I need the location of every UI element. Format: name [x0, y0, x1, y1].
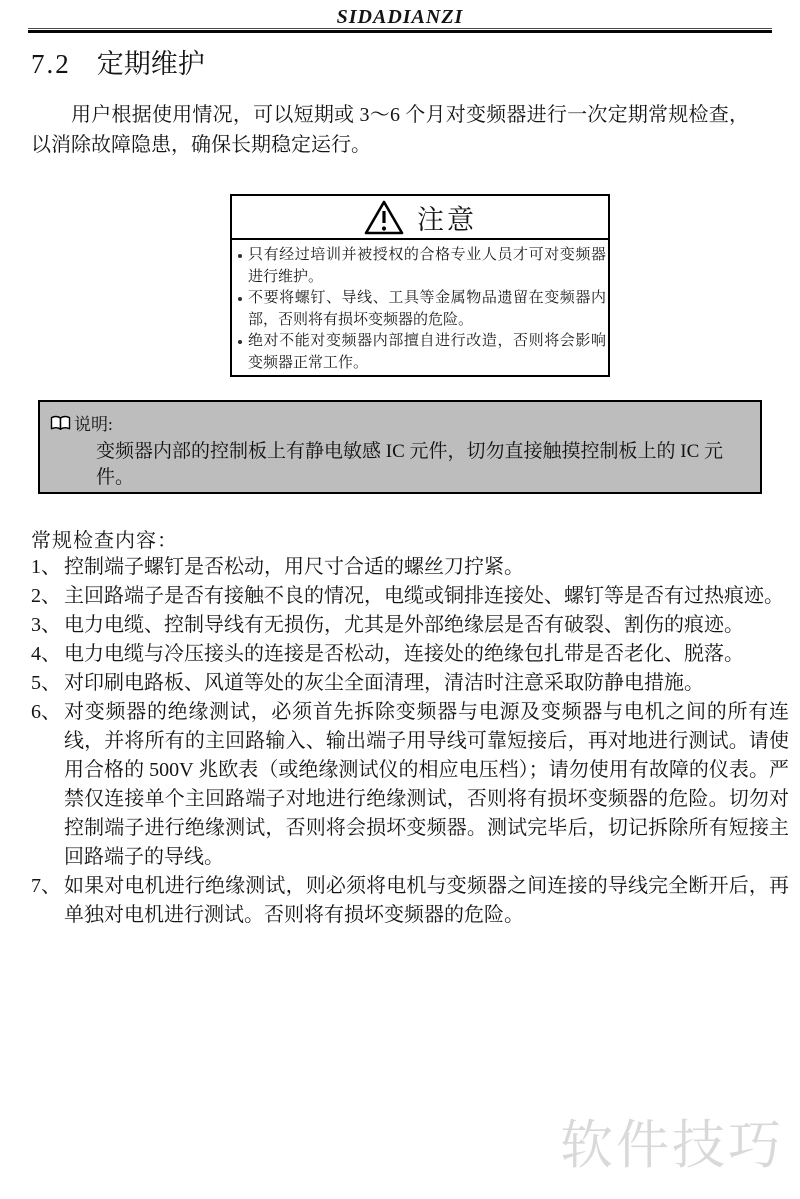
- warning-item-text: 只有经过培训并被授权的合格专业人员才可对变频器进行维护。: [248, 245, 606, 288]
- bullet-icon: [238, 340, 242, 344]
- checklist-heading: 常规检查内容：: [31, 524, 178, 553]
- item-number: 5、: [31, 669, 64, 698]
- section-title: 7.2定期维护: [31, 42, 205, 81]
- note-box: 说明: 变频器内部的控制板上有静电敏感 IC 元件，切勿直接触摸控制板上的 IC…: [38, 400, 762, 494]
- bullet-icon: [238, 254, 242, 258]
- warning-item-text: 不要将螺钉、导线、工具等金属物品遗留在变频器内部，否则将有损坏变频器的危险。: [248, 288, 606, 331]
- checklist-item: 3、 电力电缆、控制导线有无损伤，尤其是外部绝缘层是否有破裂、割伤的痕迹。: [31, 611, 789, 640]
- bullet-icon: [238, 297, 242, 301]
- item-text: 如果对电机进行绝缘测试，则必须将电机与变频器之间连接的导线完全断开后，再单独对电…: [64, 872, 789, 930]
- header-rule-thick: [28, 30, 772, 33]
- section-number: 7.2: [31, 49, 71, 79]
- warning-title: 注意: [417, 198, 477, 237]
- checklist-item: 7、 如果对电机进行绝缘测试，则必须将电机与变频器之间连接的导线完全断开后，再单…: [31, 872, 789, 930]
- checklist-item: 2、 主回路端子是否有接触不良的情况，电缆或铜排连接处、螺钉等是否有过热痕迹。: [31, 582, 789, 611]
- section-name: 定期维护: [97, 49, 205, 79]
- warning-triangle-icon: [363, 199, 405, 236]
- item-number: 6、: [31, 698, 64, 872]
- header-rule-thin: [28, 28, 772, 29]
- checklist-item: 5、 对印刷电路板、风道等处的灰尘全面清理，清洁时注意采取防静电措施。: [31, 669, 789, 698]
- item-number: 1、: [31, 553, 64, 582]
- item-text: 对变频器的绝缘测试，必须首先拆除变频器与电源及变频器与电机之间的所有连线，并将所…: [64, 698, 789, 872]
- checklist-item: 1、 控制端子螺钉是否松动，用尺寸合适的螺丝刀拧紧。: [31, 553, 789, 582]
- checklist-item: 4、 电力电缆与冷压接头的连接是否松动，连接处的绝缘包扎带是否老化、脱落。: [31, 640, 789, 669]
- item-text: 主回路端子是否有接触不良的情况，电缆或铜排连接处、螺钉等是否有过热痕迹。: [64, 582, 789, 611]
- warning-box: 注意 只有经过培训并被授权的合格专业人员才可对变频器进行维护。 不要将螺钉、导线…: [230, 194, 610, 377]
- warning-item: 只有经过培训并被授权的合格专业人员才可对变频器进行维护。: [238, 245, 606, 288]
- checklist-item: 6、 对变频器的绝缘测试，必须首先拆除变频器与电源及变频器与电机之间的所有连线，…: [31, 698, 789, 872]
- note-label: 说明:: [74, 410, 113, 435]
- book-icon: [50, 415, 71, 431]
- warning-item: 不要将螺钉、导线、工具等金属物品遗留在变频器内部，否则将有损坏变频器的危险。: [238, 288, 606, 331]
- warning-item: 绝对不能对变频器内部擅自进行改造，否则将会影响变频器正常工作。: [238, 331, 606, 374]
- document-page: SIDADIANZI 7.2定期维护 用户根据使用情况，可以短期或 3～6 个月…: [0, 0, 800, 1199]
- warning-body: 只有经过培训并被授权的合格专业人员才可对变频器进行维护。 不要将螺钉、导线、工具…: [232, 240, 608, 377]
- item-text: 控制端子螺钉是否松动，用尺寸合适的螺丝刀拧紧。: [64, 553, 789, 582]
- checklist: 1、 控制端子螺钉是否松动，用尺寸合适的螺丝刀拧紧。 2、 主回路端子是否有接触…: [31, 553, 789, 930]
- item-number: 4、: [31, 640, 64, 669]
- item-text: 电力电缆、控制导线有无损伤，尤其是外部绝缘层是否有破裂、割伤的痕迹。: [64, 611, 789, 640]
- watermark: 软件技巧: [560, 1103, 784, 1179]
- item-number: 3、: [31, 611, 64, 640]
- item-number: 2、: [31, 582, 64, 611]
- warning-item-text: 绝对不能对变频器内部擅自进行改造，否则将会影响变频器正常工作。: [248, 331, 606, 374]
- note-text: 变频器内部的控制板上有静电敏感 IC 元件，切勿直接触摸控制板上的 IC 元件。: [50, 439, 750, 491]
- intro-paragraph: 用户根据使用情况，可以短期或 3～6 个月对变频器进行一次定期常规检查，以消除故…: [31, 101, 749, 160]
- item-number: 7、: [31, 872, 64, 930]
- note-label-row: 说明:: [50, 410, 750, 435]
- warning-title-row: 注意: [232, 196, 608, 240]
- item-text: 对印刷电路板、风道等处的灰尘全面清理，清洁时注意采取防静电措施。: [64, 669, 789, 698]
- header-brand: SIDADIANZI: [0, 6, 800, 29]
- item-text: 电力电缆与冷压接头的连接是否松动，连接处的绝缘包扎带是否老化、脱落。: [64, 640, 789, 669]
